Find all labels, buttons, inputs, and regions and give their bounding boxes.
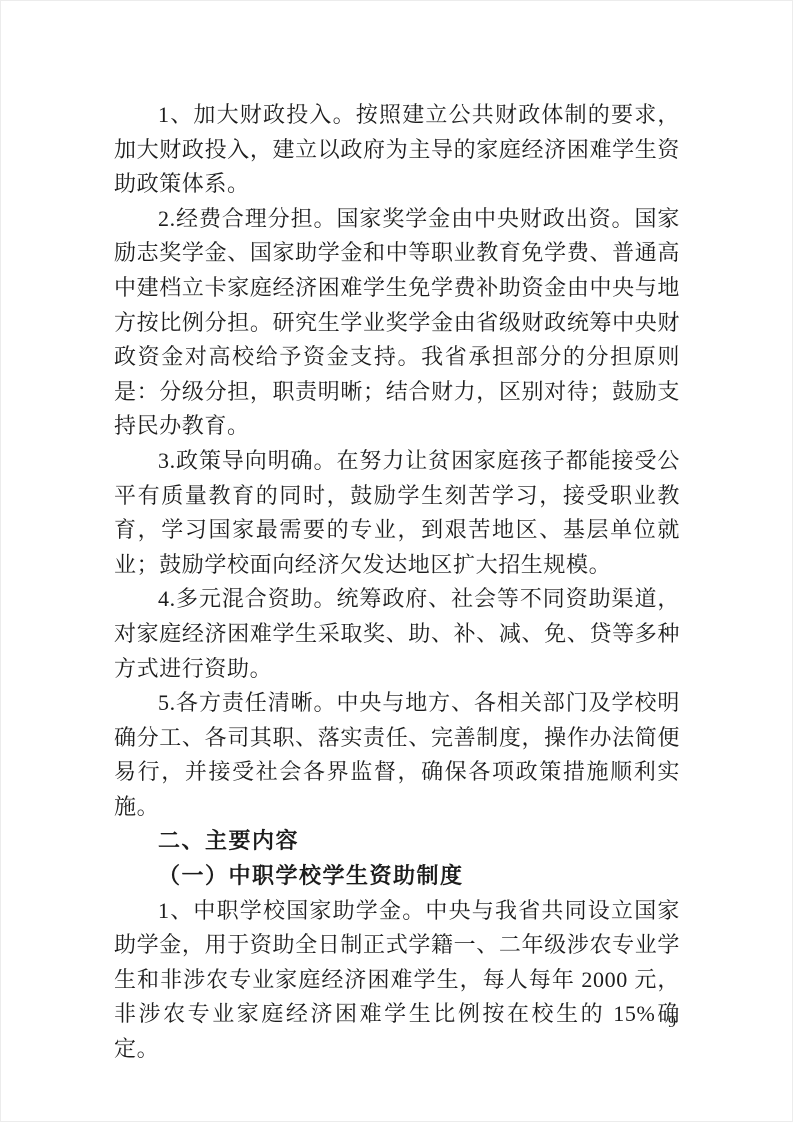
paragraph-clear-responsibilities: 5.各方责任清晰。中央与地方、各相关部门及学校明确分工、各司其职、落实责任、完善… [114,686,680,824]
paragraph-increase-fiscal-input: 1、加大财政投入。按照建立公共财政体制的要求，加大财政投入，建立以政府为主导的家… [114,98,680,202]
document-body: 1、加大财政投入。按照建立公共财政体制的要求，加大财政投入，建立以政府为主导的家… [114,98,680,1067]
subsection-heading-vocational-aid-system: （一）中职学校学生资助制度 [114,859,680,894]
paragraph-policy-orientation: 3.政策导向明确。在努力让贫困家庭孩子都能接受公平有质量教育的同时，鼓励学生刻苦… [114,444,680,582]
paragraph-vocational-national-grant: 1、中职学校国家助学金。中央与我省共同设立国家助学金，用于资助全日制正式学籍一、… [114,894,680,1067]
paragraph-cost-sharing: 2.经费合理分担。国家奖学金由中央财政出资。国家励志奖学金、国家助学金和中等职业… [114,202,680,444]
document-page: 1、加大财政投入。按照建立公共财政体制的要求，加大财政投入，建立以政府为主导的家… [0,0,793,1122]
paragraph-mixed-funding: 4.多元混合资助。统筹政府、社会等不同资助渠道，对家庭经济困难学生采取奖、助、补… [114,582,680,686]
page-number: 9 [668,1013,676,1033]
section-heading-main-content: 二、主要内容 [114,824,680,859]
